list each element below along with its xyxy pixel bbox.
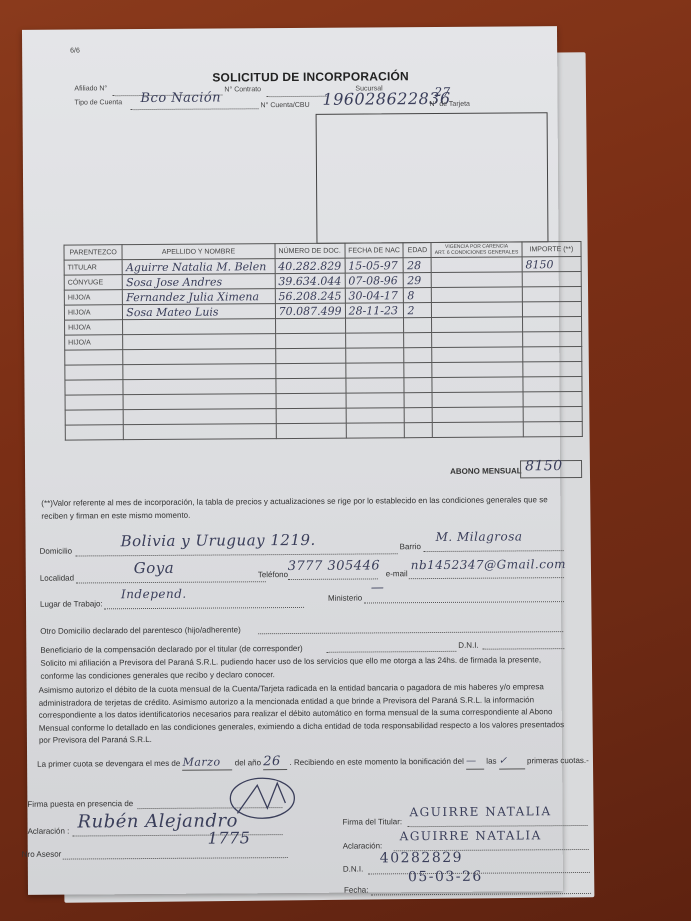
cell-doc[interactable] bbox=[275, 363, 345, 378]
cuenta-cbu-label: N° Cuenta/CBU bbox=[260, 102, 309, 109]
cell-doc[interactable] bbox=[275, 348, 345, 363]
cuota-prefix: La primer cuota se devengara el mes de bbox=[37, 759, 180, 769]
cell-fecha[interactable] bbox=[346, 378, 405, 393]
fecha-value: 05-03-26 bbox=[408, 869, 483, 886]
cell-importe[interactable] bbox=[522, 331, 581, 346]
cell-parentezco[interactable] bbox=[65, 425, 123, 440]
las-field[interactable]: ✓ bbox=[499, 755, 525, 769]
cell-vigencia[interactable] bbox=[431, 257, 522, 273]
cell-nombre[interactable]: Fernandez Julia Ximena bbox=[123, 289, 275, 305]
cell-edad[interactable] bbox=[404, 378, 432, 393]
cell-nombre[interactable]: Aguirre Natalia M. Belen bbox=[122, 259, 274, 275]
cell-doc[interactable] bbox=[276, 393, 346, 408]
cell-vigencia[interactable] bbox=[432, 287, 523, 303]
domicilio-field[interactable] bbox=[76, 549, 398, 556]
otro-domicilio-field[interactable] bbox=[258, 627, 563, 634]
cell-parentezco[interactable] bbox=[65, 365, 123, 380]
cell-vigencia[interactable] bbox=[432, 302, 523, 318]
email-label: e-mail bbox=[386, 569, 408, 578]
cell-parentezco[interactable]: CÓNYUGE bbox=[64, 275, 122, 290]
cell-parentezco[interactable] bbox=[65, 410, 123, 425]
cell-doc[interactable] bbox=[276, 378, 346, 393]
price-note: (**)Valor referente al mes de incorporac… bbox=[41, 494, 561, 523]
col-importe: IMPORTE (**) bbox=[522, 241, 581, 256]
domicilio-label: Domicilio bbox=[40, 547, 73, 556]
form-sheet: 6/6 SOLICITUD DE INCORPORACIÓN Afiliado … bbox=[22, 26, 563, 895]
aclaracion-titular-value: AGUIRRE NATALIA bbox=[400, 828, 542, 843]
ministerio-field[interactable] bbox=[364, 597, 564, 603]
asesor-field[interactable] bbox=[63, 853, 288, 860]
cell-doc[interactable]: 40.282.829 bbox=[275, 258, 345, 273]
cell-fecha[interactable]: 30-04-17 bbox=[345, 288, 404, 303]
cell-nombre[interactable] bbox=[123, 409, 275, 425]
cell-edad[interactable] bbox=[405, 423, 433, 438]
trabajo-field[interactable] bbox=[104, 603, 304, 609]
aclaracion-asesor-label: Aclaración : bbox=[28, 827, 70, 836]
cell-vigencia[interactable] bbox=[432, 347, 523, 363]
cuota-anio-field[interactable]: 26 bbox=[263, 756, 287, 770]
localidad-label: Localidad bbox=[40, 574, 74, 583]
cell-fecha[interactable]: 15-05-97 bbox=[345, 258, 404, 273]
cell-doc[interactable]: 39.634.044 bbox=[275, 273, 345, 288]
cell-nombre[interactable] bbox=[124, 424, 276, 440]
localidad-value: Goya bbox=[134, 559, 175, 577]
cell-importe[interactable] bbox=[522, 301, 581, 316]
cell-nombre[interactable]: Sosa Mateo Luis bbox=[123, 304, 275, 320]
trabajo-label: Lugar de Trabajo: bbox=[40, 599, 103, 608]
telefono-label: Teléfono bbox=[258, 570, 288, 579]
cell-edad[interactable] bbox=[404, 363, 432, 378]
cell-vigencia[interactable] bbox=[432, 407, 523, 423]
fecha-label: Fecha: bbox=[344, 885, 369, 894]
contrato-label: N° Contrato bbox=[224, 86, 261, 93]
cell-fecha[interactable] bbox=[346, 393, 405, 408]
cell-parentezco[interactable]: HIJO/A bbox=[65, 320, 123, 335]
cell-importe[interactable] bbox=[522, 286, 581, 301]
cell-edad[interactable]: 29 bbox=[404, 273, 432, 288]
cell-parentezco[interactable]: HIJO/A bbox=[65, 335, 123, 350]
ministerio-label: Ministerio bbox=[328, 594, 362, 603]
cuota-bonificacion-text: . Recibiendo en este momento la bonifica… bbox=[289, 757, 463, 767]
cell-doc[interactable] bbox=[275, 318, 345, 333]
beneficiario-dni-label: D.N.I. bbox=[458, 641, 479, 650]
cell-fecha[interactable] bbox=[345, 348, 404, 363]
email-field[interactable] bbox=[409, 573, 564, 579]
legal-paragraph-1: Solicito mi afiliación a Previsora del P… bbox=[40, 654, 570, 683]
bonificacion-field[interactable]: — bbox=[466, 756, 484, 770]
cell-nombre[interactable] bbox=[123, 334, 275, 350]
cell-fecha[interactable] bbox=[346, 423, 405, 438]
asesor-label: Nro Asesor bbox=[22, 850, 62, 859]
cell-edad[interactable]: 8 bbox=[404, 288, 432, 303]
cell-nombre[interactable] bbox=[123, 364, 275, 380]
cell-edad[interactable] bbox=[404, 393, 432, 408]
trabajo-value: Independ. bbox=[121, 587, 187, 601]
cell-doc[interactable]: 56.208.245 bbox=[275, 288, 345, 303]
dni-titular-label: D.N.I. bbox=[343, 865, 364, 874]
cell-vigencia[interactable] bbox=[432, 317, 523, 333]
members-table: PARENTEZCO APELLIDO Y NOMBRE NÚMERO DE D… bbox=[63, 241, 582, 441]
cell-parentezco[interactable] bbox=[65, 380, 123, 395]
cell-fecha[interactable] bbox=[346, 408, 405, 423]
firma-titular-label: Firma del Titular: bbox=[342, 817, 402, 826]
dni-titular-value: 40282829 bbox=[380, 850, 463, 867]
col-doc: NÚMERO DE DOC. bbox=[275, 243, 345, 258]
domicilio-value: Bolivia y Uruguay 1219. bbox=[120, 531, 315, 550]
cell-vigencia[interactable] bbox=[432, 392, 523, 408]
cell-vigencia[interactable] bbox=[432, 377, 523, 393]
cell-importe[interactable] bbox=[522, 271, 581, 286]
barrio-field[interactable] bbox=[424, 546, 564, 552]
page-number: 6/6 bbox=[70, 47, 80, 54]
cell-parentezco[interactable]: HIJO/A bbox=[64, 305, 122, 320]
cell-edad[interactable] bbox=[405, 408, 433, 423]
col-nombre: APELLIDO Y NOMBRE bbox=[122, 244, 274, 260]
cell-fecha[interactable] bbox=[345, 318, 404, 333]
cell-importe[interactable] bbox=[523, 361, 582, 376]
cell-fecha[interactable]: 28-11-23 bbox=[345, 303, 404, 318]
cell-edad[interactable] bbox=[404, 318, 432, 333]
cell-parentezco[interactable]: HIJO/A bbox=[64, 290, 122, 305]
cell-importe[interactable]: 8150 bbox=[522, 256, 581, 271]
tarjeta-label: N° de Tarjeta bbox=[429, 101, 469, 108]
tipo-cuenta-label: Tipo de Cuenta bbox=[74, 99, 122, 106]
asesor-value: 1775 bbox=[208, 828, 251, 847]
cuenta-cbu-suffix: 27 bbox=[434, 85, 450, 99]
email-value: nb1452347@Gmail.com bbox=[411, 557, 566, 572]
vigencia-subtext: ART. 6 CONDICIONES GENERALES bbox=[435, 249, 519, 256]
cell-parentezco[interactable]: TITULAR bbox=[64, 260, 122, 275]
ministerio-value: — bbox=[371, 580, 385, 595]
cell-doc[interactable] bbox=[275, 333, 345, 348]
barrio-label: Barrio bbox=[400, 542, 421, 551]
form-title: SOLICITUD DE INCORPORACIÓN bbox=[212, 69, 409, 84]
cell-vigencia[interactable] bbox=[432, 362, 523, 378]
cell-vigencia[interactable] bbox=[432, 332, 523, 348]
cell-parentezco[interactable] bbox=[65, 395, 123, 410]
cell-nombre[interactable] bbox=[123, 319, 275, 335]
cell-edad[interactable]: 2 bbox=[404, 303, 432, 318]
beneficiario-dni-field[interactable] bbox=[482, 644, 564, 650]
las-label: las bbox=[486, 757, 496, 766]
col-parentezco: PARENTEZCO bbox=[64, 245, 122, 260]
legal-paragraph-2: Asimismo autorizo el débito de la cuota … bbox=[39, 681, 571, 747]
localidad-field[interactable] bbox=[76, 577, 266, 583]
tipo-cuenta-value: Bco Nación bbox=[140, 90, 221, 106]
otro-domicilio-label: Otro Domicilio declarado del parentesco … bbox=[40, 625, 241, 635]
table-row bbox=[65, 421, 582, 440]
cell-importe[interactable] bbox=[523, 376, 582, 391]
cell-doc[interactable] bbox=[276, 408, 346, 423]
abono-label: ABONO MENSUAL bbox=[450, 466, 522, 475]
cell-parentezco[interactable] bbox=[65, 350, 123, 365]
cuota-line: La primer cuota se devengara el mes de M… bbox=[37, 754, 597, 772]
cell-edad[interactable] bbox=[404, 348, 432, 363]
cell-doc[interactable]: 70.087.499 bbox=[275, 303, 345, 318]
telefono-value: 3777 305446 bbox=[288, 558, 380, 574]
firma-titular-value: AGUIRRE NATALIA bbox=[409, 804, 551, 819]
contrato-field[interactable] bbox=[266, 92, 326, 97]
cell-importe[interactable] bbox=[523, 391, 582, 406]
beneficiario-field[interactable] bbox=[326, 647, 456, 653]
firma-titular-field[interactable] bbox=[408, 821, 588, 827]
cell-fecha[interactable] bbox=[345, 333, 404, 348]
cuota-suffix: primeras cuotas.- bbox=[527, 756, 589, 765]
cell-importe[interactable] bbox=[523, 406, 582, 421]
cell-importe[interactable] bbox=[522, 316, 581, 331]
barrio-value: M. Milagrosa bbox=[435, 529, 522, 544]
col-fecha: FECHA DE NAC bbox=[345, 243, 404, 258]
cell-importe[interactable] bbox=[522, 346, 581, 361]
beneficiario-label: Beneficiario de la compensación declarad… bbox=[40, 644, 302, 655]
cell-importe[interactable] bbox=[523, 421, 582, 436]
col-vigencia: VIGENCIA POR CARENCIAART. 6 CONDICIONES … bbox=[431, 242, 522, 258]
cell-nombre[interactable] bbox=[123, 379, 275, 395]
cell-nombre[interactable] bbox=[123, 349, 275, 365]
aclaracion-titular-label: Aclaración: bbox=[343, 841, 383, 850]
firma-presencia-label: Firma puesta en presencia de bbox=[27, 799, 133, 809]
cell-doc[interactable] bbox=[276, 423, 346, 438]
cell-nombre[interactable] bbox=[123, 394, 275, 410]
cell-vigencia[interactable] bbox=[431, 272, 522, 288]
cell-fecha[interactable]: 07-08-96 bbox=[345, 273, 404, 288]
photo-box bbox=[316, 112, 549, 244]
cell-vigencia[interactable] bbox=[432, 422, 523, 438]
cuota-anio-label: del año bbox=[235, 758, 261, 767]
abono-value: 8150 bbox=[525, 458, 563, 474]
cell-nombre[interactable]: Sosa Jose Andres bbox=[122, 274, 274, 290]
afiliado-label: Afiliado N° bbox=[74, 85, 107, 92]
col-edad: EDAD bbox=[403, 243, 431, 258]
cell-fecha[interactable] bbox=[345, 363, 404, 378]
cell-edad[interactable] bbox=[404, 333, 432, 348]
cell-edad[interactable]: 28 bbox=[404, 258, 432, 273]
telefono-field[interactable] bbox=[288, 574, 378, 580]
cuota-mes-field[interactable]: Marzo bbox=[183, 756, 233, 770]
